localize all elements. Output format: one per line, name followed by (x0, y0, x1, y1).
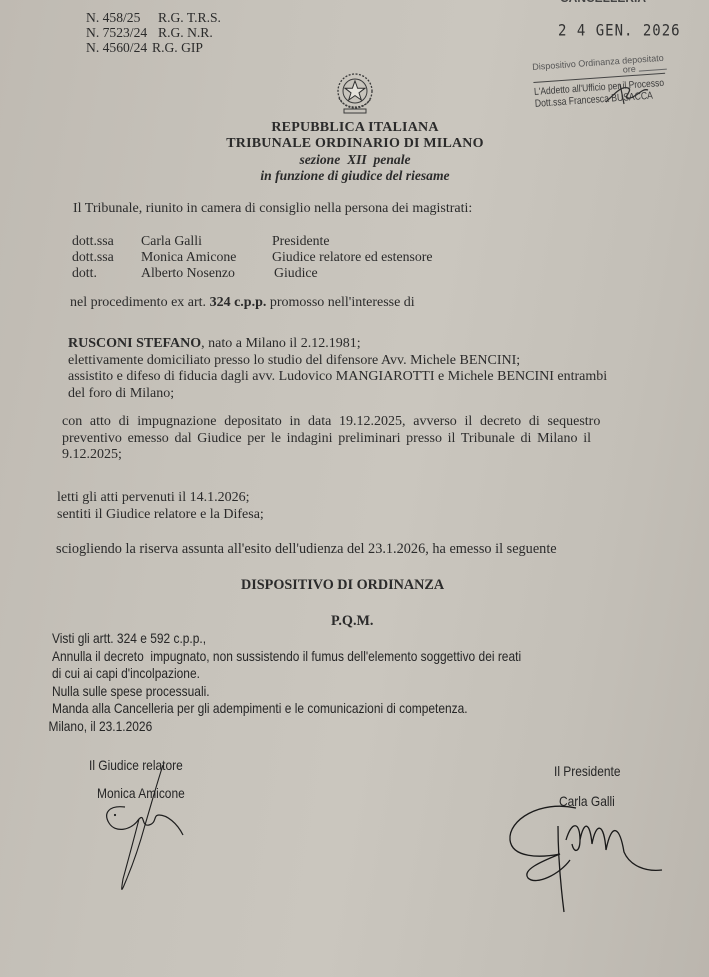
appeal-line: preventivo emesso dal Giudice per le ind… (62, 431, 652, 448)
registry-block: N. 458/25 R.G. T.R.S. N. 7523/24 R.G. N.… (86, 10, 221, 55)
ruling-line: Manda alla Cancelleria per gli adempimen… (52, 700, 521, 718)
defendant-bar: del foro di Milano; (68, 386, 607, 403)
registry-number: N. 4560/24 (86, 40, 152, 55)
defendant-domicile: elettivamente domiciliato presso lo stud… (68, 353, 607, 370)
magistrate-name: Monica Amicone (141, 249, 272, 265)
registry-register: R.G. T.R.S. (158, 10, 221, 25)
stamp-ore: ore (622, 64, 636, 75)
procedure-prefix: nel procedimento ex art. (70, 295, 210, 310)
signature-right-role: Il Presidente (554, 764, 620, 779)
magistrate-name: Alberto Nosenzo (141, 265, 272, 281)
appeal-line: con atto di impugnazione depositato in d… (62, 414, 652, 431)
magistrate-row: dott. Alberto Nosenzo Giudice (72, 265, 433, 281)
ruling-line: Visti gli artt. 324 e 592 c.p.p., (52, 630, 521, 648)
appeal-line: 9.12.2025; (62, 447, 652, 464)
magistrate-role: Giudice relatore ed estensore (272, 249, 433, 265)
ruling-date: Milano, il 23.1.2026 (48, 718, 521, 736)
registry-register: R.G. N.R. (158, 25, 213, 40)
magistrate-title: dott.ssa (72, 233, 141, 249)
magistrate-role: Presidente (272, 233, 329, 249)
registry-row: N. 7523/24 R.G. N.R. (86, 25, 221, 40)
header-republic: REPUBBLICA ITALIANA (180, 120, 530, 136)
stamp-initials-icon (600, 78, 660, 108)
stamp-blank (638, 69, 666, 72)
acts-line: letti gli atti pervenuti il 14.1.2026; (57, 490, 264, 507)
stamp-top-cut: CANCELLERIA (560, 0, 646, 5)
acts-line: sentiti il Giudice relatore e la Difesa; (57, 507, 264, 524)
ruling-line: Annulla il decreto impugnato, non sussis… (52, 648, 521, 666)
magistrate-name: Carla Galli (141, 233, 272, 249)
reserve-text: sciogliendo la riserva assunta all'esito… (56, 541, 557, 558)
procedure-suffix: promosso nell'interesse di (266, 295, 414, 310)
registry-row: N. 4560/24 R.G. GIP (86, 40, 221, 55)
header-court: TRIBUNALE ORDINARIO DI MILANO (180, 136, 530, 152)
dispositivo-title: DISPOSITIVO DI ORDINANZA (241, 577, 444, 594)
defendant-line: RUSCONI STEFANO, nato a Milano il 2.12.1… (68, 336, 607, 353)
magistrate-title: dott.ssa (72, 249, 141, 265)
magistrate-row: dott.ssa Monica Amicone Giudice relatore… (72, 249, 433, 265)
handwritten-signature-icon (500, 800, 680, 925)
magistrate-title: dott. (72, 265, 141, 281)
ruling-line: Nulla sulle spese processuali. (52, 683, 521, 701)
registry-register: R.G. GIP (152, 40, 203, 55)
italian-republic-emblem-icon (332, 68, 378, 118)
header-function: in funzione di giudice del riesame (180, 168, 530, 184)
court-order-page: N. 458/25 R.G. T.R.S. N. 7523/24 R.G. N.… (0, 0, 709, 977)
header-section: sezione XII penale (180, 152, 530, 168)
magistrate-role: Giudice (272, 265, 318, 281)
stamp-date: 2 4 GEN. 2026 (558, 22, 681, 40)
registry-row: N. 458/25 R.G. T.R.S. (86, 10, 221, 25)
ruling-block: Visti gli artt. 324 e 592 c.p.p., Annull… (52, 630, 521, 736)
defendant-counsel: assistito e difeso di fiducia dagli avv.… (68, 369, 607, 386)
intro-text: Il Tribunale, riunito in camera di consi… (73, 201, 472, 217)
magistrate-row: dott.ssa Carla Galli Presidente (72, 233, 433, 249)
pqm-heading: P.Q.M. (331, 613, 373, 630)
handwritten-signature-icon (95, 765, 205, 905)
defendant-birth: , nato a Milano il 2.12.1981; (201, 336, 360, 351)
defendant-name: RUSCONI STEFANO (68, 336, 201, 351)
defendant-block: RUSCONI STEFANO, nato a Milano il 2.12.1… (68, 336, 607, 402)
procedure-text: nel procedimento ex art. 324 c.p.p. prom… (70, 295, 415, 311)
registry-number: N. 7523/24 (86, 25, 158, 40)
acts-block: letti gli atti pervenuti il 14.1.2026; s… (57, 490, 264, 523)
court-header: REPUBBLICA ITALIANA TRIBUNALE ORDINARIO … (180, 120, 530, 184)
procedure-article: 324 c.p.p. (210, 295, 267, 310)
appeal-block: con atto di impugnazione depositato in d… (62, 414, 652, 464)
ruling-line: di cui ai capi d'incolpazione. (52, 665, 521, 683)
registry-number: N. 458/25 (86, 10, 158, 25)
magistrates-list: dott.ssa Carla Galli Presidente dott.ssa… (72, 233, 433, 281)
